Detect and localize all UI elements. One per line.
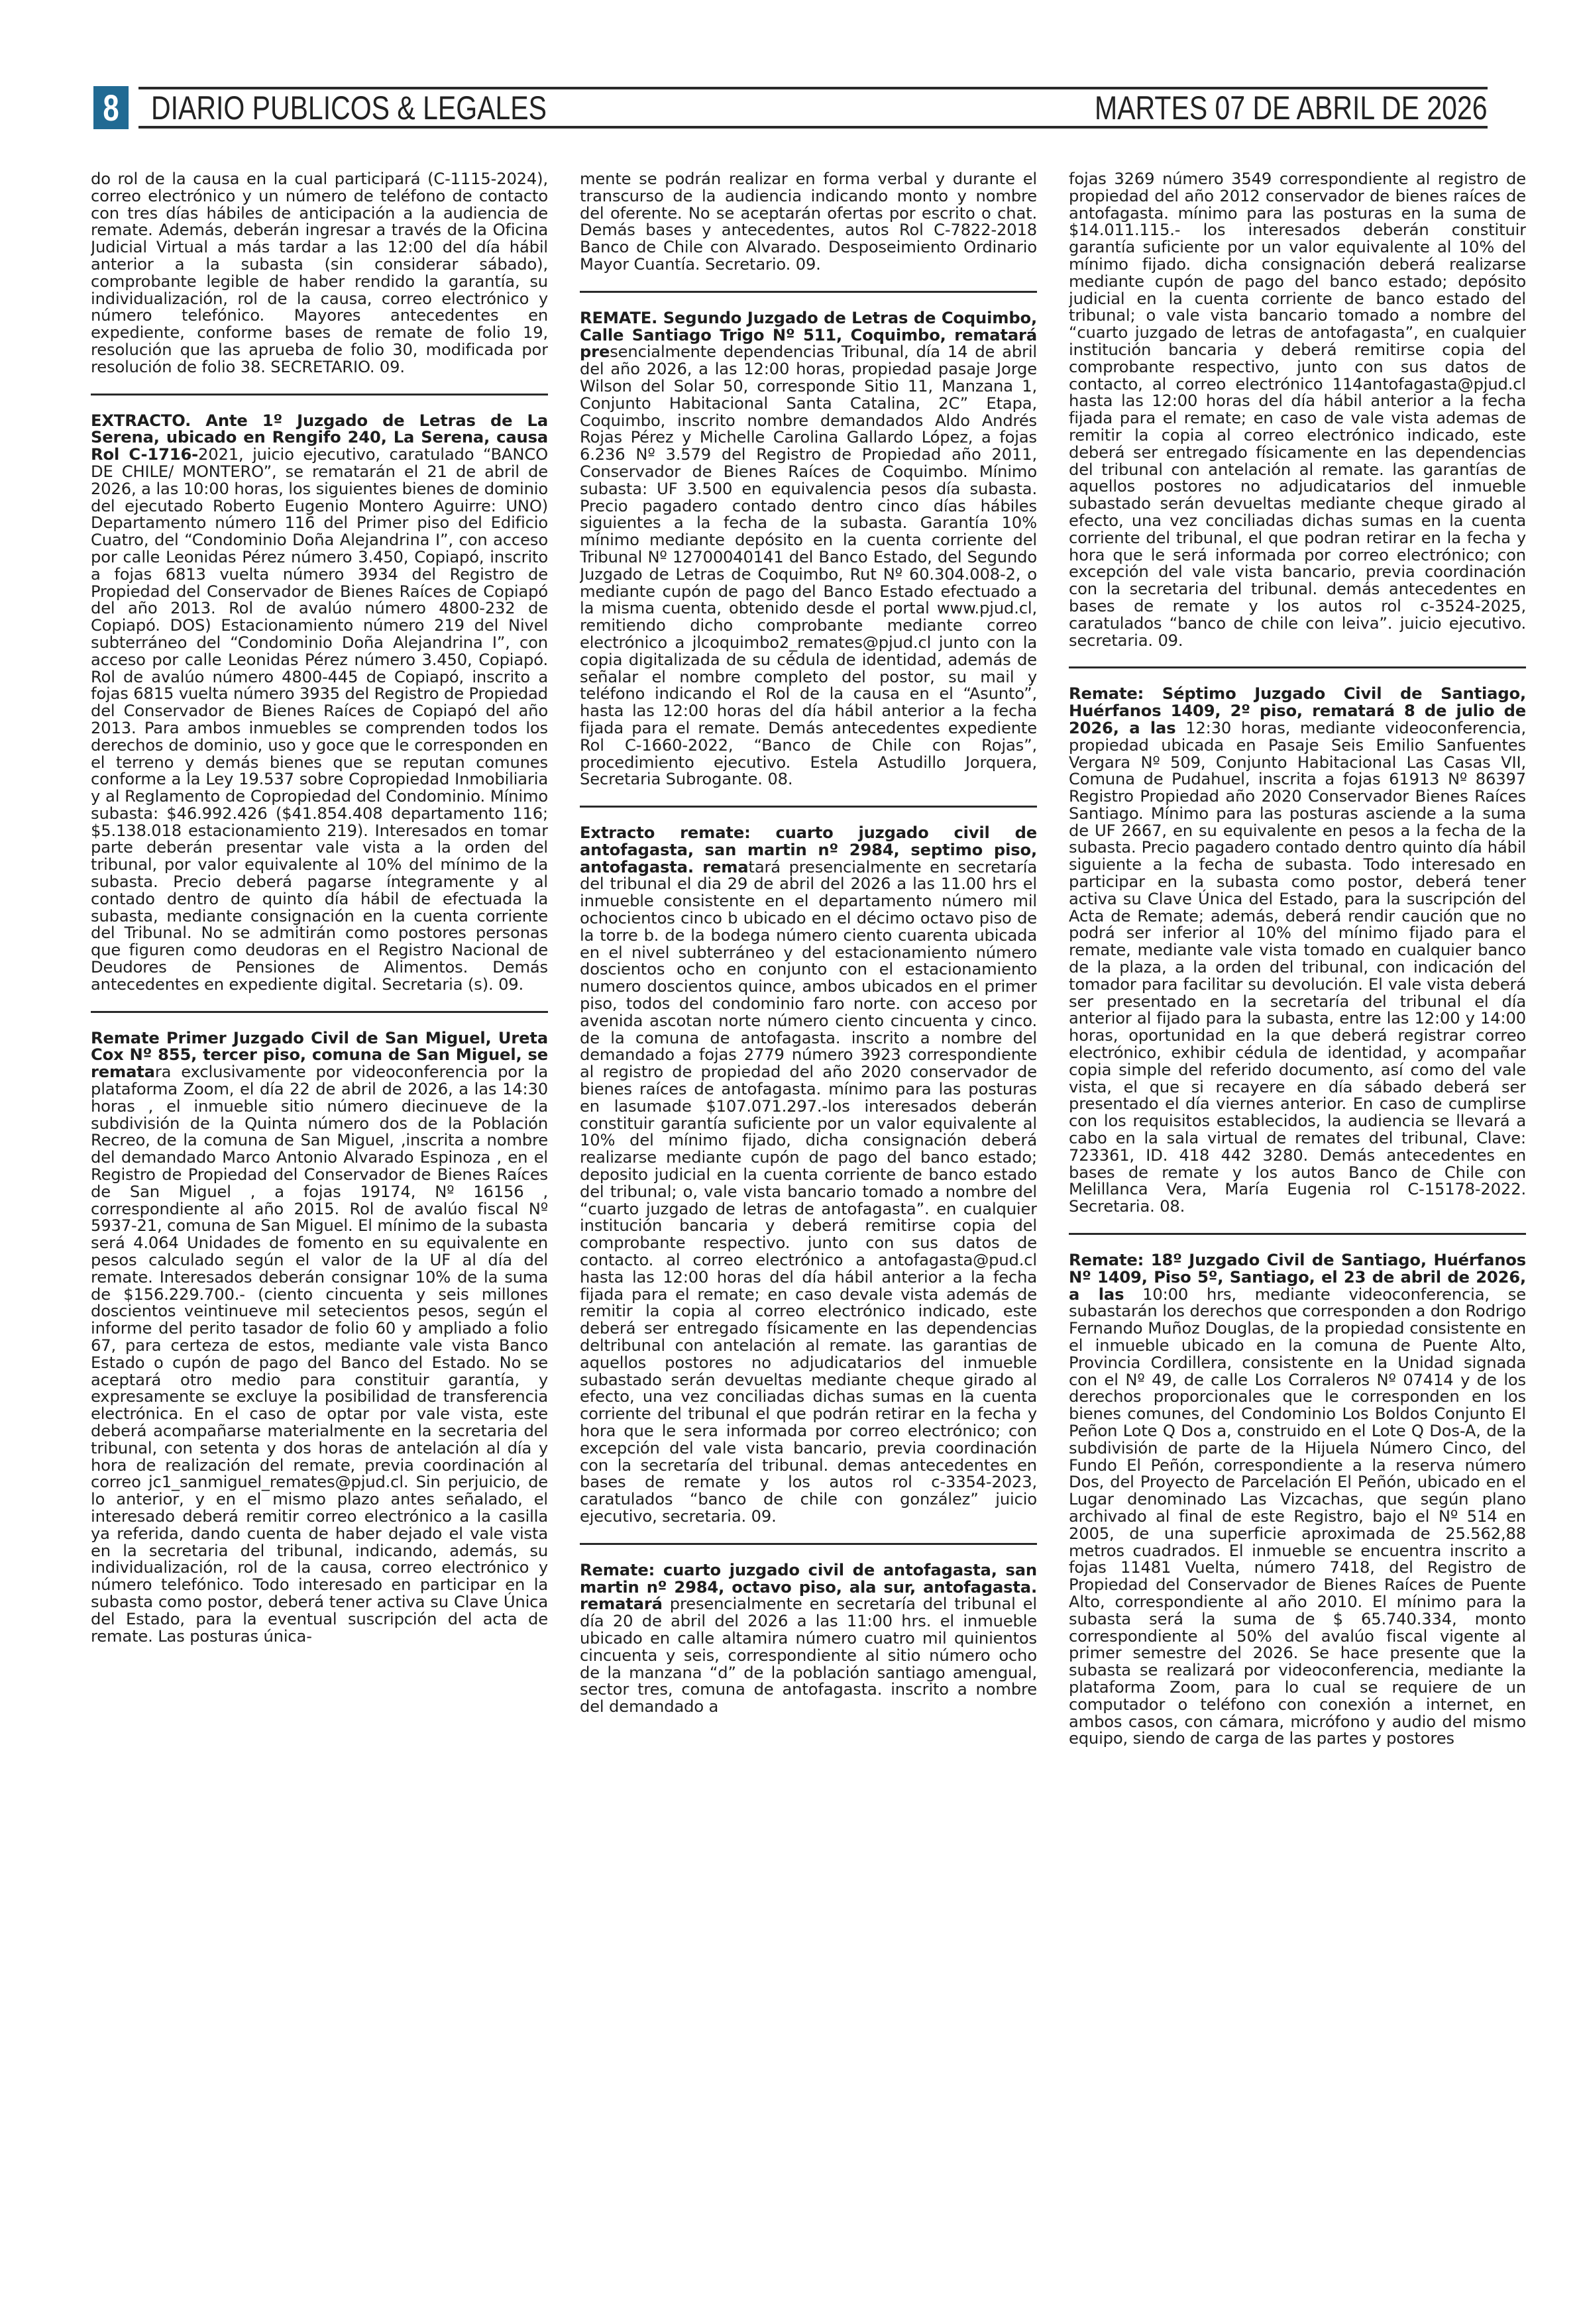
legal-notice: do rol de la causa en la cual participar…	[91, 171, 548, 376]
notice-body: tará presencialmente en secretaría del t…	[580, 858, 1037, 1526]
notice-divider	[1069, 1233, 1526, 1235]
notice-divider	[580, 1543, 1037, 1545]
notice-body: mente se podrán realizar en forma verbal…	[580, 171, 1037, 274]
legal-notice: Extracto remate: cuarto juzgado civil de…	[580, 825, 1037, 1526]
legal-notice: Remate Primer Juzgado Civil de San Migue…	[91, 1030, 548, 1646]
legal-notice: EXTRACTO. Ante 1º Juzgado de Letras de L…	[91, 413, 548, 994]
legal-notice: mente se podrán realizar en forma verbal…	[580, 171, 1037, 274]
publication-date: MARTES 07 DE ABRIL DE 2026	[1095, 90, 1488, 126]
masthead-bottom-rule	[138, 126, 1488, 129]
page-number-badge: 8	[93, 86, 129, 129]
notice-body: do rol de la causa en la cual participar…	[91, 171, 548, 376]
masthead: 8 DIARIO PUBLICOS & LEGALES MARTES 07 DE…	[93, 86, 1488, 127]
notice-columns: do rol de la causa en la cual participar…	[91, 171, 1529, 2291]
legal-notice: fojas 3269 número 3549 correspondiente a…	[1069, 171, 1526, 649]
notice-body: fojas 3269 número 3549 correspondiente a…	[1069, 171, 1526, 650]
notice-body: 12:30 horas, mediante videoconferencia, …	[1069, 719, 1526, 1216]
notice-divider	[1069, 666, 1526, 668]
notice-divider	[91, 394, 548, 396]
legal-notice: Remate: cuarto juzgado civil de antofaga…	[580, 1562, 1037, 1716]
column-3: fojas 3269 número 3549 correspondiente a…	[1069, 171, 1526, 2291]
notice-divider	[580, 806, 1037, 808]
column-1: do rol de la causa en la cual participar…	[91, 171, 548, 2291]
notice-body: 2021, juicio ejecutivo, caratulado “BANC…	[91, 445, 548, 994]
notice-divider	[580, 291, 1037, 293]
notice-divider	[91, 1011, 548, 1013]
notice-body: presencialmente en secretaría del tribun…	[580, 1595, 1037, 1716]
notice-body: 10:00 hrs, mediante videoconferencia, se…	[1069, 1285, 1526, 1748]
legal-notice: Remate: 18º Juzgado Civil de Santiago, H…	[1069, 1252, 1526, 1748]
legal-notice: Remate: Séptimo Juzgado Civil de Santiag…	[1069, 686, 1526, 1216]
publication-title: DIARIO PUBLICOS & LEGALES	[151, 90, 547, 126]
notice-body: ra exclusivamente por videoconferencia p…	[91, 1063, 548, 1645]
notice-body: sencialmente dependencias Tribunal, día …	[580, 343, 1037, 788]
column-2: mente se podrán realizar en forma verbal…	[580, 171, 1037, 2291]
legal-notice: REMATE. Segundo Juzgado de Letras de Coq…	[580, 310, 1037, 788]
